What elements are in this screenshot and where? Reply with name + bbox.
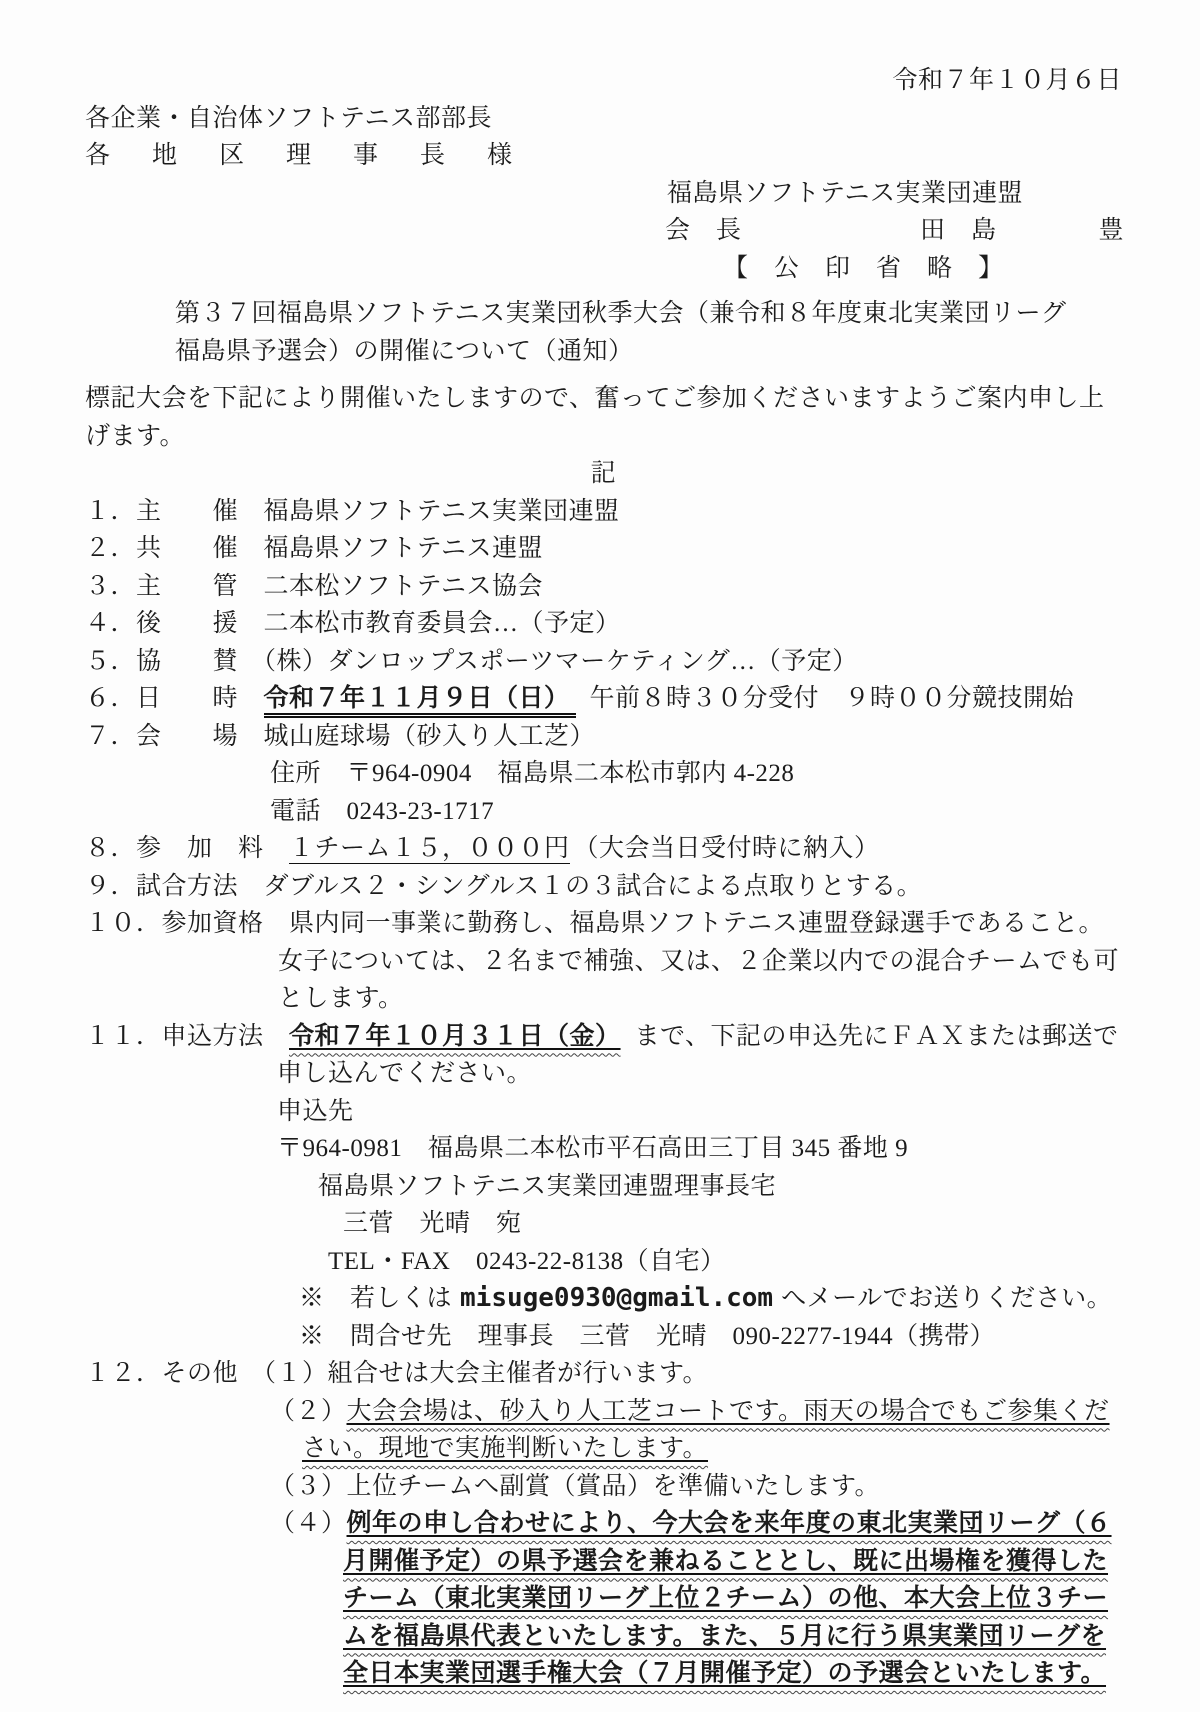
title-line-1: 第３７回福島県ソフトテニス実業団秋季大会（兼令和８年度東北実業団リーグ: [175, 295, 1122, 333]
others-sub-4-line-2-text: 月開催予定）の県予選会を兼ねることとし、既に出場権を獲得した: [343, 1547, 1108, 1575]
venue-phone: 電話 0243-23-1717: [270, 793, 1122, 831]
item-cohost-label: ２．共 催: [85, 535, 264, 562]
eligibility-cont-1: 女子については、２名まで補強、又は、２企業以内での混合チームでも可: [278, 943, 1122, 981]
sender-chairman: 会 長 田 島 豊: [665, 212, 1122, 250]
others-sub-4-prefix: （４）: [270, 1510, 347, 1537]
item-venue: ７．会 場 城山庭球場（砂入り人工芝）: [85, 718, 1122, 756]
email-note-prefix: ※ 若しくは: [299, 1285, 452, 1312]
item-host-label: １．主 催: [85, 498, 264, 525]
item-sponsor-label: ５．協 賛: [85, 648, 264, 675]
venue-name: 城山庭球場（砂入り人工芝）: [264, 723, 596, 750]
item-application: １１．申込方法 令和７年１０月３１日（金）まで、下記の申込先にＦＡＸまたは郵送で: [85, 1018, 1122, 1056]
item-cohost-value: 福島県ソフトテニス連盟: [264, 535, 544, 562]
item-support-value: 二本松市教育委員会…（予定）: [264, 610, 621, 637]
item-management-value: 二本松ソフトテニス協会: [264, 573, 544, 600]
eligibility-value: 県内同一事業に勤務し、福島県ソフトテニス連盟登録選手であること。: [289, 910, 1104, 937]
item-entry-fee: ８．参 加 料 １チーム１５，０００円（大会当日受付時に納入）: [85, 830, 1122, 868]
match-format-value: ダブルス２・シングルス１の３試合による点取りとする。: [264, 873, 923, 900]
others-sub-3: （３）上位チームへ副賞（賞品）を準備いたします。: [270, 1468, 1122, 1506]
item-support: ４．後 援 二本松市教育委員会…（予定）: [85, 605, 1122, 643]
intro-paragraph: 標記大会を下記により開催いたしますので、奮ってご参加くださいますようご案内申し上…: [85, 380, 1107, 455]
application-inquiry-note: ※ 問合せ先 理事長 三菅 光晴 090-2277-1944（携帯）: [299, 1318, 1122, 1356]
date-line: 令和７年１０月６日: [85, 62, 1122, 100]
item-venue-label: ７．会 場: [85, 723, 264, 750]
item-datetime-label: ６．日 時: [85, 685, 264, 712]
application-dest-org: 福島県ソフトテニス実業団連盟理事長宅: [318, 1168, 1122, 1206]
others-sub-4-line-4-text: ムを福島県代表といたします。また、５月に行う県実業団リーグを: [343, 1622, 1106, 1650]
others-sub-1: （１）組合せは大会主催者が行います。: [264, 1360, 709, 1387]
item-host-value: 福島県ソフトテニス実業団連盟: [264, 498, 620, 525]
item-management-label: ３．主 管: [85, 573, 264, 600]
application-method: まで、下記の申込先にＦＡＸまたは郵送で: [635, 1023, 1119, 1050]
others-sub-4-line-2: 月開催予定）の県予選会を兼ねることとし、既に出場権を獲得した: [343, 1543, 1122, 1581]
ki-marker: 記: [85, 455, 1122, 493]
application-dest-label: 申込先: [277, 1093, 1122, 1131]
item-host: １．主 催 福島県ソフトテニス実業団連盟: [85, 493, 1122, 531]
item-application-label: １１．申込方法: [85, 1023, 289, 1050]
others-sub-4-line-5: 全日本実業団選手権大会（７月開催予定）の予選会といたします。: [343, 1655, 1122, 1693]
entry-fee-amount: １チーム１５，０００円: [289, 835, 570, 864]
sender-organization: 福島県ソフトテニス実業団連盟: [667, 175, 1122, 213]
application-deadline: 令和７年１０月３１日（金）: [289, 1022, 621, 1050]
entry-fee-note: （大会当日受付時に納入）: [574, 835, 880, 862]
application-cont: 申し込んでください。: [277, 1055, 1122, 1093]
item-cohost: ２．共 催 福島県ソフトテニス連盟: [85, 530, 1122, 568]
others-sub-4-line-4: ムを福島県代表といたします。また、５月に行う県実業団リーグを: [343, 1618, 1122, 1656]
others-sub-2: （２）大会会場は、砂入り人工芝コートです。雨天の場合でもご参集くだ: [270, 1393, 1122, 1431]
venue-address: 住所 〒964-0904 福島県二本松市郭内 4-228: [270, 755, 1122, 793]
others-sub-2-cont-text: さい。現地で実施判断いたします。: [302, 1435, 708, 1462]
item-eligibility: １０．参加資格 県内同一事業に勤務し、福島県ソフトテニス連盟登録選手であること。: [85, 905, 1122, 943]
contact-email: misuge0930@gmail.com: [460, 1283, 773, 1313]
addressee-line-2: 各地区理事長様: [85, 137, 1122, 175]
item-match-format: ９．試合方法 ダブルス２・シングルス１の３試合による点取りとする。: [85, 868, 1122, 906]
item-eligibility-label: １０．参加資格: [85, 910, 289, 937]
item-others: １２．その他 （１）組合せは大会主催者が行います。: [85, 1355, 1122, 1393]
item-entry-fee-label: ８．参 加 料: [85, 835, 289, 862]
others-sub-4-line-1: 例年の申し合わせにより、今大会を来年度の東北実業団リーグ（６: [347, 1509, 1112, 1537]
eligibility-cont-2: とします。: [278, 980, 1122, 1018]
item-others-label: １２．その他: [85, 1360, 264, 1387]
others-sub-4-line-3: チーム（東北実業団リーグ上位２チーム）の他、本大会上位３チー: [343, 1580, 1122, 1618]
item-match-format-label: ９．試合方法: [85, 873, 264, 900]
item-datetime: ６．日 時 令和７年１１月９日（日）午前８時３０分受付 ９時００分競技開始: [85, 680, 1122, 718]
item-sponsor-value: （株）ダンロップスポーツマーケティング…（予定）: [264, 648, 858, 675]
item-support-label: ４．後 援: [85, 610, 264, 637]
application-dest-address: 〒964-0981 福島県二本松市平石高田三丁目 345 番地 9: [277, 1130, 1122, 1168]
seal-omitted-note: 【 公 印 省 略 】: [723, 250, 1122, 288]
event-date: 令和７年１１月９日（日）: [264, 684, 576, 718]
others-sub-4-line-5-text: 全日本実業団選手権大会（７月開催予定）の予選会といたします。: [343, 1659, 1106, 1687]
addressee-line-1: 各企業・自治体ソフトテニス部部長: [85, 100, 1122, 138]
document-title: 第３７回福島県ソフトテニス実業団秋季大会（兼令和８年度東北実業団リーグ 福島県予…: [175, 295, 1122, 370]
others-sub-2-prefix: （２）: [270, 1398, 347, 1425]
title-line-2: 福島県予選会）の開催について（通知）: [175, 333, 1122, 371]
document-page: 令和７年１０月６日 各企業・自治体ソフトテニス部部長 各地区理事長様 福島県ソフ…: [0, 0, 1200, 1712]
email-note-suffix: へメールでお送りください。: [781, 1285, 1112, 1312]
others-sub-4-line-3-text: チーム（東北実業団リーグ上位２チーム）の他、本大会上位３チー: [343, 1584, 1108, 1612]
document-content: 令和７年１０月６日 各企業・自治体ソフトテニス部部長 各地区理事長様 福島県ソフ…: [0, 0, 1200, 1693]
others-sub-2-text: 大会会場は、砂入り人工芝コートです。雨天の場合でもご参集くだ: [347, 1398, 1110, 1425]
event-time: 午前８時３０分受付 ９時００分競技開始: [590, 685, 1075, 712]
item-management: ３．主 管 二本松ソフトテニス協会: [85, 568, 1122, 606]
application-dest-name: 三菅 光晴 宛: [343, 1205, 1122, 1243]
item-sponsor: ５．協 賛 （株）ダンロップスポーツマーケティング…（予定）: [85, 643, 1122, 681]
others-sub-2-cont: さい。現地で実施判断いたします。: [302, 1430, 1122, 1468]
application-email-note: ※ 若しくはmisuge0930@gmail.comへメールでお送りください。: [299, 1280, 1122, 1318]
others-sub-4: （４）例年の申し合わせにより、今大会を来年度の東北実業団リーグ（６: [270, 1505, 1122, 1543]
application-dest-tel: TEL・FAX 0243-22-8138（自宅）: [328, 1243, 1122, 1281]
